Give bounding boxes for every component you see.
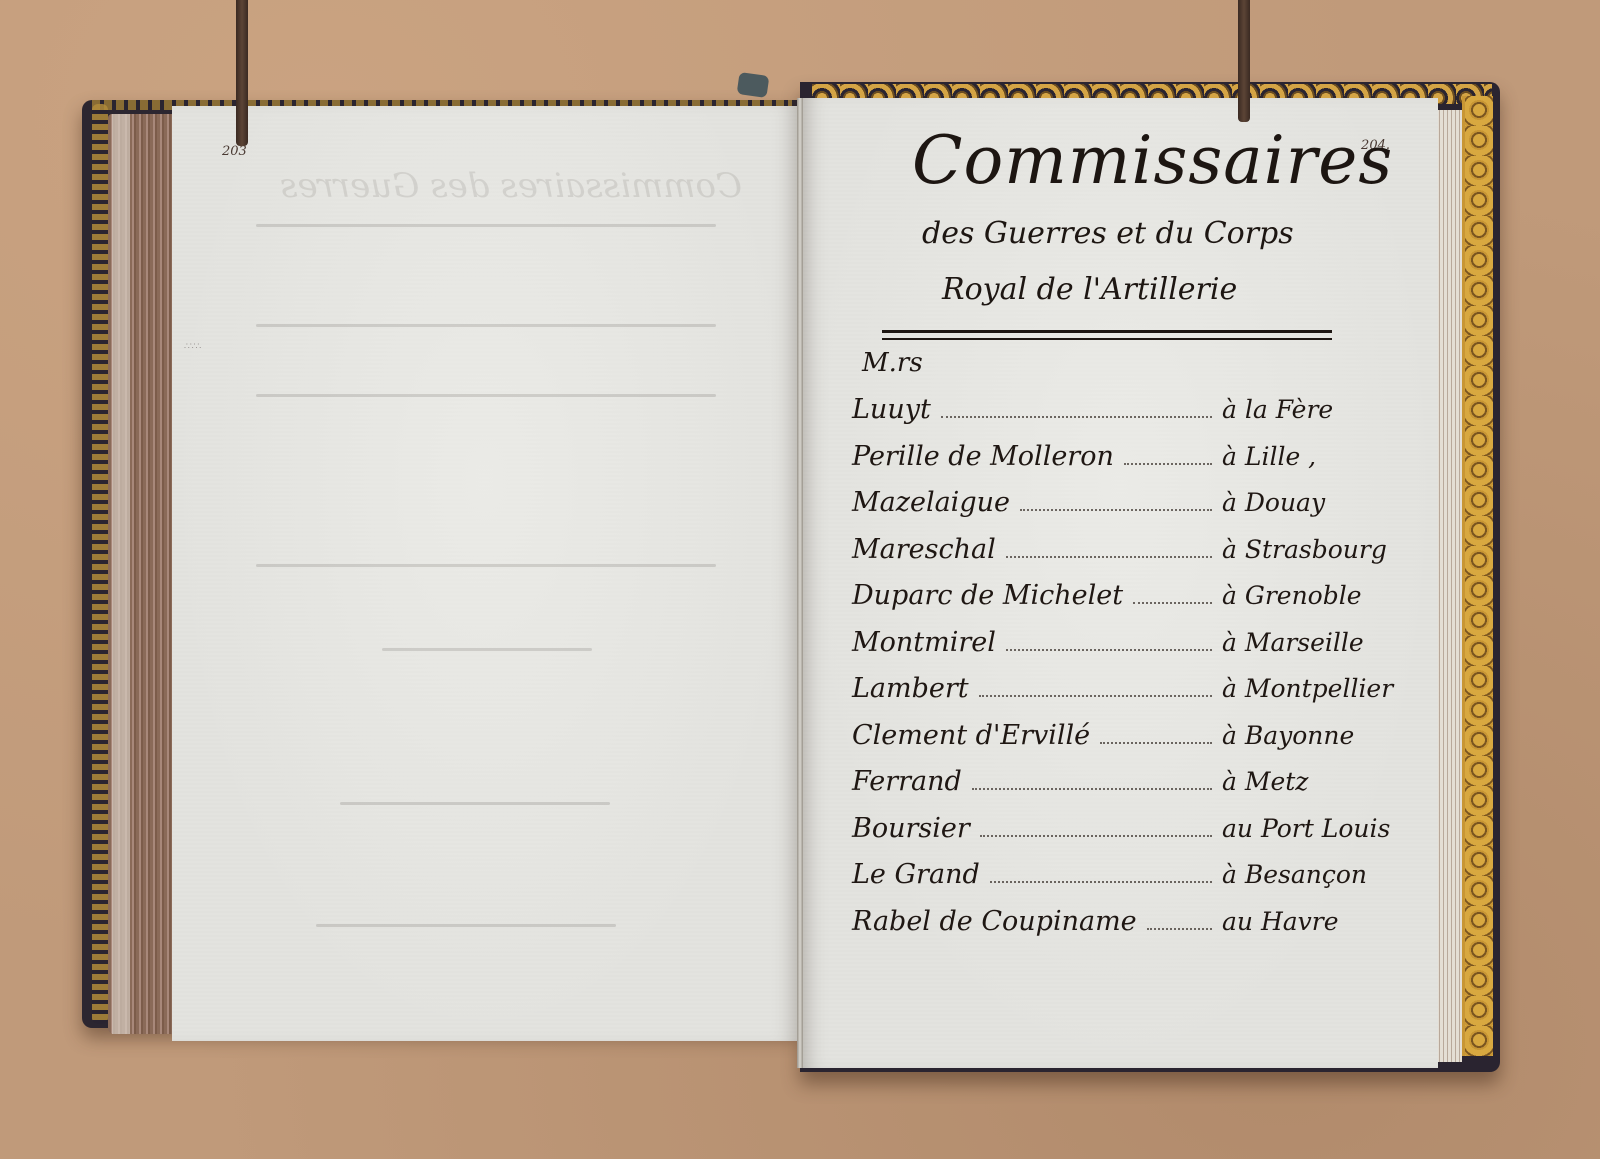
list-item: Ferrandà Metz (852, 766, 1412, 813)
list-item: Lambertà Montpellier (852, 673, 1412, 720)
entry-place: à Besançon (1222, 860, 1412, 889)
entry-name: Luuyt (852, 394, 931, 425)
dot-leader (941, 416, 1212, 418)
subtitle-line-1: des Guerres et du Corps (922, 216, 1294, 251)
list-item: Duparc de Micheletà Grenoble (852, 580, 1412, 627)
list-item: Rabel de Coupinameau Havre (852, 906, 1412, 953)
dot-leader (1006, 649, 1212, 651)
entry-place: à Douay (1222, 488, 1412, 517)
list-item: Mareschalà Strasbourg (852, 534, 1412, 581)
dot-leader (1133, 602, 1212, 604)
entry-name: Boursier (852, 813, 970, 844)
dot-leader (1006, 556, 1212, 558)
gilt-border-right (1462, 96, 1493, 1056)
dot-leader (1124, 463, 1212, 465)
dot-leader (990, 881, 1212, 883)
title-rule-secondary (882, 338, 1332, 340)
dot-leader (1100, 742, 1212, 744)
list-item: Le Grandà Besançon (852, 859, 1412, 906)
page-edges-right (1436, 110, 1462, 1062)
show-through-rule (340, 802, 610, 805)
entry-name: Ferrand (852, 766, 962, 797)
entry-place: à Strasbourg (1222, 535, 1412, 564)
bookmark-ribbon-left[interactable] (236, 0, 248, 146)
gilt-border-left (92, 104, 108, 1024)
list-item: Clement d'Ervilléà Bayonne (852, 720, 1412, 767)
entry-name: Mareschal (852, 534, 996, 565)
entry-name: Duparc de Michelet (852, 580, 1123, 611)
show-through-rule (382, 648, 592, 651)
show-through-rule (256, 564, 716, 567)
left-page[interactable]: 203 Commissaires des Guerres ∴∵∴ (172, 106, 798, 1041)
entry-place: à la Fère (1222, 395, 1412, 424)
entry-name: Rabel de Coupiname (852, 906, 1137, 937)
entry-place: à Marseille (1222, 628, 1412, 657)
list-item: Perille de Molleronà Lille , (852, 441, 1412, 488)
title-rule (882, 330, 1332, 333)
entry-name: Le Grand (852, 859, 980, 890)
page-edges-left (108, 114, 172, 1034)
entry-place: à Grenoble (1222, 581, 1412, 610)
dot-leader (1020, 509, 1212, 511)
commissaires-list: Luuytà la Fère Perille de Molleronà Lill… (852, 394, 1412, 952)
list-item: Mazelaigueà Douay (852, 487, 1412, 534)
dot-leader (1147, 928, 1212, 930)
list-item: Montmirelà Marseille (852, 627, 1412, 674)
entry-place: au Port Louis (1222, 814, 1412, 843)
list-item: Luuytà la Fère (852, 394, 1412, 441)
show-through-title: Commissaires des Guerres (242, 166, 742, 206)
entry-name: Perille de Molleron (852, 441, 1114, 472)
show-through-rule (256, 224, 716, 227)
show-through-rule (256, 324, 716, 327)
show-through-rule (316, 924, 616, 927)
entry-name: Lambert (852, 673, 969, 704)
dot-leader (980, 835, 1212, 837)
subtitle-line-2: Royal de l'Artillerie (942, 272, 1237, 307)
bookmark-ribbon-right[interactable] (1238, 0, 1250, 122)
entry-name: Mazelaigue (852, 487, 1010, 518)
book-gutter (797, 98, 803, 1068)
right-page[interactable]: 204. Commissaires des Guerres et du Corp… (802, 98, 1438, 1068)
headband (737, 72, 770, 98)
entry-place: à Metz (1222, 767, 1412, 796)
entry-place: à Montpellier (1222, 674, 1412, 703)
library-stamp: ∴∵∴ (184, 342, 201, 352)
page-title: Commissaires (912, 128, 1393, 194)
entry-place: à Lille , (1222, 442, 1412, 471)
folio-number-left: 203 (222, 144, 247, 159)
show-through-rule (256, 394, 716, 397)
entry-place: à Bayonne (1222, 721, 1412, 750)
entry-name: Montmirel (852, 627, 996, 658)
dot-leader (979, 695, 1212, 697)
honorific-prefix: M.rs (862, 348, 923, 378)
list-item: Boursierau Port Louis (852, 813, 1412, 860)
dot-leader (972, 788, 1212, 790)
entry-name: Clement d'Ervillé (852, 720, 1090, 751)
flyleaf (112, 114, 130, 1034)
entry-place: au Havre (1222, 907, 1412, 936)
